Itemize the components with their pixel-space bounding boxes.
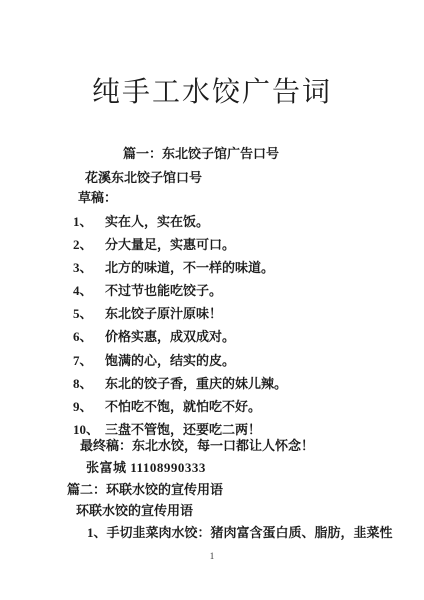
- list-item-text: 北方的味道，不一样的味道。: [105, 257, 274, 276]
- list-item: 1、 实在人，实在饭。: [73, 211, 287, 234]
- list-item-number: 8、: [73, 373, 105, 392]
- section2-subheading: 环联水饺的宣传用语: [76, 503, 193, 518]
- list-item-text: 不怕吃不饱，就怕吃不好。: [105, 396, 261, 415]
- list-item-number: 5、: [73, 303, 105, 322]
- document-title: 纯手工水饺广告词: [0, 70, 424, 110]
- list-item-number: 3、: [73, 257, 105, 276]
- list-item: 5、 东北饺子原汁原味！: [73, 303, 287, 326]
- list-item-text: 饱满的心，结实的皮。: [105, 350, 235, 369]
- list-item-text: 价格实惠，成双成对。: [105, 326, 235, 345]
- list-item: 9、 不怕吃不饱，就怕吃不好。: [73, 396, 287, 419]
- list-item: 8、 东北的饺子香，重庆的妹儿辣。: [73, 373, 287, 396]
- list-item-number: 6、: [73, 326, 105, 345]
- list-item-text: 三盘不管饱，还要吃二两！: [105, 419, 261, 438]
- section1-heading: 篇一：东北饺子馆广告口号: [123, 146, 279, 161]
- section2-first-item: 1、手切韭菜肉水饺：猪肉富含蛋白质、脂肪，韭菜性: [87, 525, 393, 540]
- section1-draft-label: 草稿：: [78, 190, 117, 205]
- list-item-text: 不过节也能吃饺子。: [105, 280, 222, 299]
- section1-signature: 张富城 11108990333: [86, 460, 206, 475]
- list-item: 2、 分大量足，实惠可口。: [73, 234, 287, 257]
- section1-final-line: 最终稿：东北水饺，每一口都让人怀念！: [80, 438, 314, 453]
- list-item-number: 9、: [73, 396, 105, 415]
- list-item-text: 分大量足，实惠可口。: [105, 234, 235, 253]
- list-item-text: 实在人，实在饭。: [105, 211, 209, 230]
- list-item-number: 10、: [73, 419, 105, 438]
- list-item-text: 东北饺子原汁原味！: [105, 303, 222, 322]
- slogan-list: 1、 实在人，实在饭。 2、 分大量足，实惠可口。 3、 北方的味道，不一样的味…: [73, 211, 287, 442]
- page-number: 1: [0, 551, 424, 561]
- list-item-number: 7、: [73, 350, 105, 369]
- list-item-number: 2、: [73, 234, 105, 253]
- document-page: 纯手工水饺广告词 篇一：东北饺子馆广告口号 花溪东北饺子馆口号 草稿： 1、 实…: [0, 0, 424, 600]
- list-item: 3、 北方的味道，不一样的味道。: [73, 257, 287, 280]
- list-item-number: 1、: [73, 211, 105, 230]
- list-item: 6、 价格实惠，成双成对。: [73, 326, 287, 349]
- list-item-number: 4、: [73, 280, 105, 299]
- section1-subheading: 花溪东北饺子馆口号: [85, 170, 202, 185]
- list-item: 7、 饱满的心，结实的皮。: [73, 350, 287, 373]
- list-item: 4、 不过节也能吃饺子。: [73, 280, 287, 303]
- list-item-text: 东北的饺子香，重庆的妹儿辣。: [105, 373, 287, 392]
- section2-heading: 篇二：环联水饺的宣传用语: [67, 482, 223, 497]
